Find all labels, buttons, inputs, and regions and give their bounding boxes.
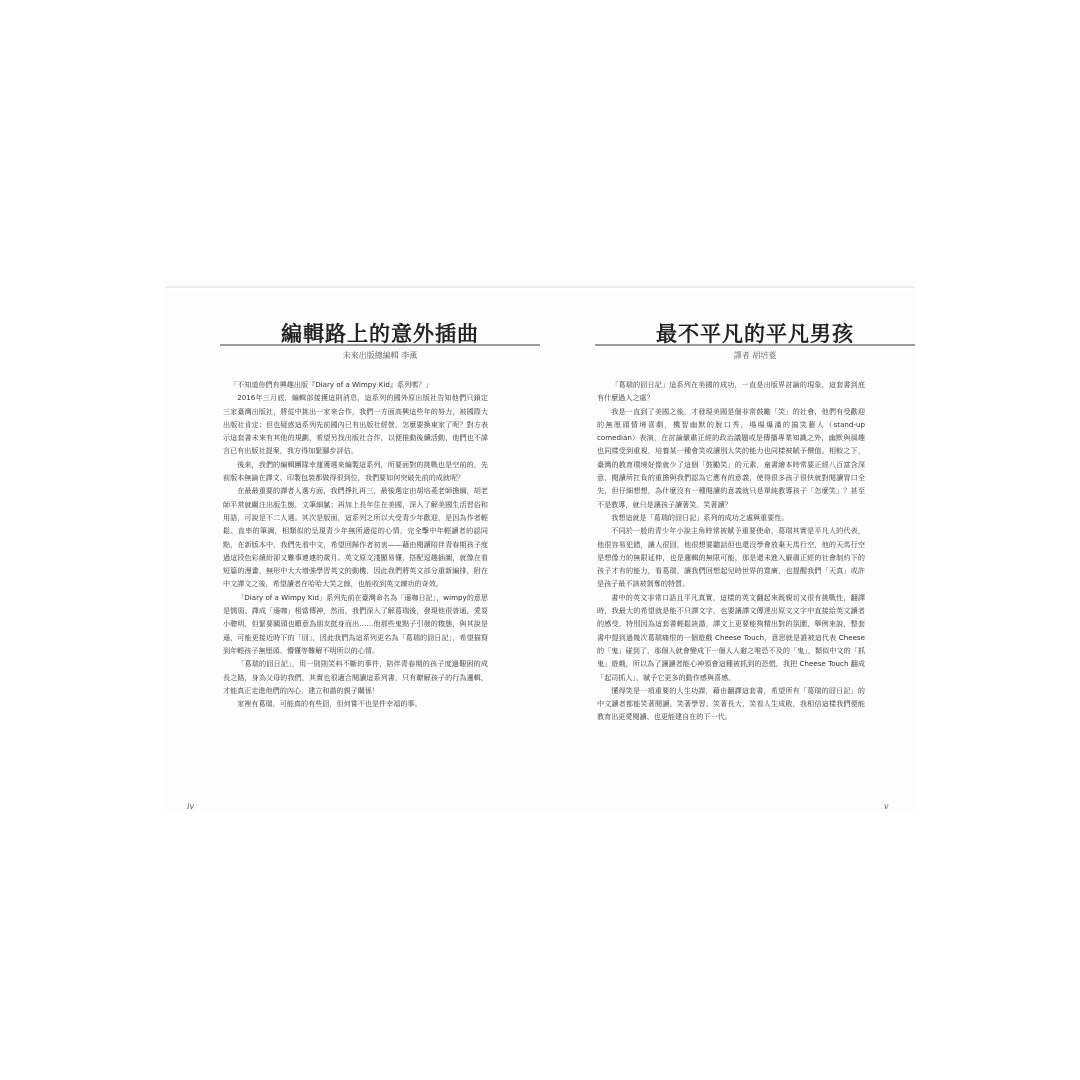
paragraph: 我是一直到了美國之後，才發現美國是個非常鼓勵「笑」的社會，他們有受歡迎的無厘頭情… — [597, 405, 865, 511]
right-page: 最不平凡的平凡男孩 譯者 胡培菱 「葛瑞的囧日記」這系列在美國的成功，一直是出版… — [540, 290, 915, 810]
paragraph: 書中的英文非常口語且平凡真實，這樣的英文翻起來既親切又很有挑戰性，翻譯時，我最大… — [597, 591, 865, 684]
left-title-rule — [220, 344, 540, 346]
book-spread: 編輯路上的意外插曲 未來出版總編輯 李薰 「不知道你們有興趣出版『Diary o… — [165, 290, 915, 810]
paragraph: 在最最重要的譯者人選方面，我們掙扎再三，最後選定由胡培菱老師擔綱，胡老師平常就關… — [223, 484, 488, 590]
paragraph: 懂得笑是一項重要的人生功課，藉由翻譯這套書，希望所有「葛瑞的囧日記」的中文讀者都… — [597, 684, 865, 724]
right-page-body: 「葛瑞的囧日記」這系列在美國的成功，一直是出版界討論的現象，這套書到底有什麼過人… — [597, 378, 865, 724]
paragraph: 「葛瑞的囧日記」這系列在美國的成功，一直是出版界討論的現象，這套書到底有什麼過人… — [597, 378, 865, 405]
paragraph: 家裡有葛瑞，可能真的有些囧，但何嘗不也是件幸福的事。 — [223, 697, 488, 710]
left-page-body: 「不知道你們有興趣出版『Diary of a Wimpy Kid』系列嗎？」 2… — [223, 378, 488, 710]
paragraph: 「葛瑞的囧日記」，用一則則笑料不斷的事件，陪伴青春期的孩子度過艱困的成長之路，身… — [223, 657, 488, 697]
paragraph: 不同於一般的青少年小說主角時常被賦予重要使命，葛瑞其實是平凡人的代表，他很容易犯… — [597, 524, 865, 590]
left-page-byline: 未來出版總編輯 李薰 — [220, 350, 540, 361]
paragraph: 我想這就是「葛瑞的囧日記」系列的成功之處與重要性。 — [597, 511, 865, 524]
paragraph: 「Diary of a Wimpy Kid」系列先前在臺灣命名為「遜咖日記」，w… — [223, 591, 488, 657]
paragraph: 2016年三月底，編輯部接獲這則消息，這系列的國外原出版社告知他們只鎖定三家臺灣… — [223, 391, 488, 457]
paragraph: 「不知道你們有興趣出版『Diary of a Wimpy Kid』系列嗎？」 — [223, 378, 488, 391]
left-page: 編輯路上的意外插曲 未來出版總編輯 李薰 「不知道你們有興趣出版『Diary o… — [165, 290, 540, 810]
paragraph: 後來，我們的編輯團隊幸運獲選來編製這系列，所要面對的挑戰也是空前的，先前版本無論… — [223, 458, 488, 485]
right-title-rule — [595, 344, 915, 346]
right-page-number: v — [884, 802, 889, 811]
top-divider — [165, 286, 915, 288]
left-page-number: iv — [187, 802, 194, 811]
right-page-byline: 譯者 胡培菱 — [595, 350, 915, 361]
